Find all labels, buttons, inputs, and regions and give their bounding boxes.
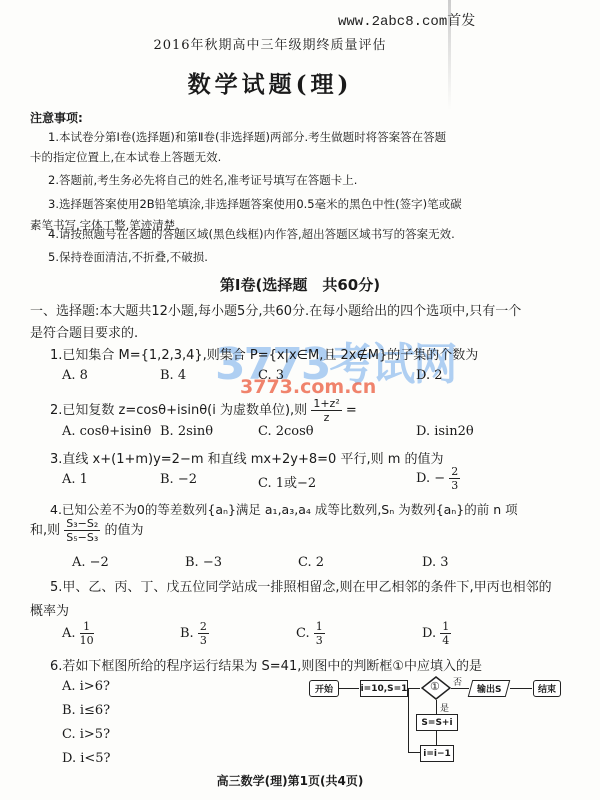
q4-option-b: B. −3 [185,555,222,570]
q3-option-d: D. − 2 3 [416,466,460,491]
q3-option-d-fraction: 2 3 [449,466,460,491]
source-watermark: www.2abc8.com首发 [338,10,475,30]
flowchart-arrow [436,730,437,745]
diamond-shape-icon [421,676,451,700]
q3-option-c: C. 1或−2 [258,472,316,491]
q3-option-d-prefix: D. − [416,471,445,486]
q2-option-b: B. 2sinθ [160,424,213,439]
flowchart-arrow [451,688,469,689]
section-intro-cont: 是符合题目要求的. [30,322,138,341]
q4-line2-tail: 的值为 [104,523,143,538]
question-1-stem: 1.已知集合 M={1,2,3,4},则集合 P={x|x∈M,且 2x∉M}的… [50,344,478,363]
q5-c-den: 3 [314,634,325,646]
q2-stem-tail: = [346,403,357,418]
q4-option-c: C. 2 [298,555,324,570]
question-5-stem: 5.甲、乙、丙、丁、戊五位同学站成一排照相留念,则在甲乙相邻的条件下,甲丙也相邻… [50,576,552,595]
q6-option-b: B. i≤6? [62,703,110,718]
notice-item-5: 5.保持卷面清洁,不折叠,不破损. [48,249,208,265]
flowchart-arrow [408,688,420,689]
flowchart-end: 结束 [533,680,561,697]
flowchart-arrow [510,688,532,689]
question-2-stem: 2.已知复数 z=cosθ+isinθ(i 为虚数单位),则 1+z² z = [50,398,357,423]
q5-option-d: D. 14 [422,621,451,646]
flowchart-init: i=10,S=1 [360,680,408,697]
flowchart-loop-line [408,688,409,753]
flowchart-arrow [436,700,437,714]
q2-stem-text: 2.已知复数 z=cosθ+isinθ(i 为虚数单位),则 [50,403,307,418]
q5-a-num: 1 [80,621,94,634]
notice-item-2: 2.答题前,考生务必先将自己的姓名,准考证号填写在答题卡上. [48,172,357,188]
section-intro: 一、选择题:本大题共12小题,每小题5分,共60分.在每小题给出的四个选项中,只… [30,300,521,319]
exam-subtitle: 2016年秋期高中三年级期终质量评估 [0,34,540,53]
flowchart-yes-label: 是 [440,701,449,714]
q5-d-label: D. [422,626,436,641]
q4-option-a: A. −2 [72,555,109,570]
q5-a-label: A. [62,626,76,641]
q5-c-fraction: 13 [314,621,325,646]
q4-frac-num: S₃−S₂ [64,518,100,531]
q5-d-fraction: 14 [440,621,451,646]
q5-d-den: 4 [440,634,451,646]
flowchart-loop-line [408,752,420,753]
q5-d-num: 1 [440,621,451,634]
q5-c-num: 1 [314,621,325,634]
q4-option-d: D. 3 [422,555,449,570]
question-4-stem-line2: 和,则 S₃−S₂ S₅−S₃ 的值为 [30,518,143,543]
q3-d-den: 3 [449,479,460,491]
page-footer: 高三数学(理)第1页(共4页) [0,772,580,789]
q5-option-c: C. 13 [296,621,325,646]
q2-option-a: A. cosθ+isinθ [62,424,151,439]
q2-frac-den: z [311,411,341,423]
flowchart-output-label: 输出S [477,682,501,695]
notice-item-1: 1.本试卷分第Ⅰ卷(选择题)和第Ⅱ卷(非选择题)两部分.考生做题时将答案答在答题 [48,129,446,145]
q5-b-num: 2 [198,621,209,634]
q4-frac-den: S₅−S₃ [64,531,100,543]
notice-heading: 注意事项: [30,109,83,126]
q4-line2-prefix: 和,则 [30,523,60,538]
decision-marker: ① [430,680,440,693]
exam-title: 数学试题(理) [0,66,540,99]
flowchart-output: 输出S [468,680,511,697]
q5-a-den: 10 [80,634,94,646]
notice-item-4: 4.请按照题号在各题的答题区域(黑色线框)内作答,超出答题区域书写的答案无效. [48,226,455,242]
q2-fraction: 1+z² z [311,398,341,423]
flowchart-start: 开始 [309,680,339,697]
q5-option-a: A. 110 [62,621,94,646]
q3-d-num: 2 [449,466,460,479]
q6-option-c: C. i>5? [62,727,110,742]
question-4-stem: 4.已知公差不为0的等差数列{aₙ}满足 a₁,a₃,a₄ 成等比数列,Sₙ 为… [50,500,518,518]
notice-item-3: 3.选择题答案使用2B铅笔填涂,非选择题答案使用0.5毫米的黑色中性(签字)笔或… [48,196,462,212]
q2-option-d: D. isin2θ [416,424,474,439]
q1-option-d: D. 2 [416,368,443,383]
q6-option-d: D. i<5? [62,751,111,766]
q5-b-label: B. [180,626,194,641]
flowchart-step-sum: S=S+i [416,714,458,731]
q1-option-c: C. 3 [258,368,284,383]
flowchart-arrow [339,688,359,689]
q5-b-den: 3 [198,634,209,646]
q1-option-b: B. 4 [160,368,186,383]
q5-option-b: B. 23 [180,621,209,646]
q3-option-a: A. 1 [62,472,88,487]
q5-c-label: C. [296,626,310,641]
notice-item-1-cont: 卡的指定位置上,在本试卷上答题无效. [30,149,221,165]
section-heading: 第Ⅰ卷(选择题 共60分) [0,274,600,295]
question-3-stem: 3.直线 x+(1+m)y=2−m 和直线 mx+2y+8=0 平行,则 m 的… [50,448,444,467]
q6-option-a: A. i>6? [62,679,110,694]
q5-b-fraction: 23 [198,621,209,646]
flowchart-step-decrement: i=i−1 [420,745,454,762]
q1-option-a: A. 8 [62,368,88,383]
q3-option-b: B. −2 [160,472,197,487]
q4-fraction: S₃−S₂ S₅−S₃ [64,518,100,543]
flowchart-decision: ① [421,676,451,700]
question-6-stem: 6.若如下框图所给的程序运行结果为 S=41,则图中的判断框①中应填入的是 [50,655,482,674]
question-5-stem-line2: 概率为 [30,600,69,619]
q5-a-fraction: 110 [80,621,94,646]
q2-frac-num: 1+z² [311,398,341,411]
q2-option-c: C. 2cosθ [258,424,314,439]
flowchart-no-label: 否 [453,675,462,688]
